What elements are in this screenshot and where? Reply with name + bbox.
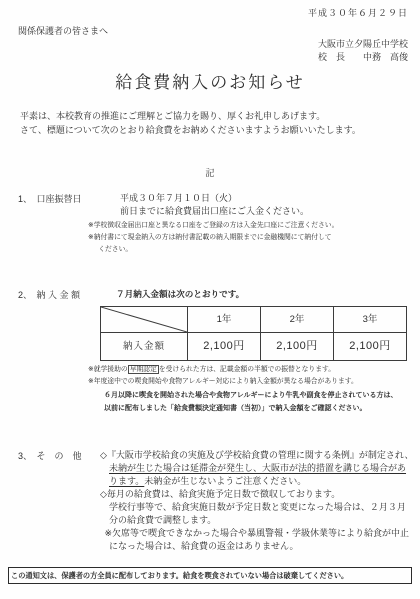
section3-heading: 3、 そ の 他: [18, 449, 82, 462]
document-date: 平成３０年６月２９日: [308, 6, 408, 19]
other-bullet-monthly: ◇毎月の給食費は、給食実施予定日数で徴収しております。: [100, 488, 414, 501]
early-certification-box: 早期認定: [128, 365, 159, 374]
other-bullet-monthly-cont: 学校行事等で、給食実施日数が予定日数と変更になった場合は、２月３月分の給食費で調…: [100, 501, 414, 527]
grade-2-header: 2年: [261, 307, 334, 333]
july-amount-intro: ７月納入金額は次のとおりです。: [88, 288, 414, 301]
greeting-line-1: 平素は、本校教育の推進にご理解とご協力を賜り、厚くお礼申しあげます。: [20, 109, 412, 123]
section1-heading: 1、 口座振替日: [18, 192, 82, 205]
ki-marker: 記: [0, 166, 420, 179]
transfer-instruction: 前日までに給食費届出口座にご入金ください。: [88, 205, 414, 218]
fee-table-value-row: 納入金額 2,100円 2,100円 2,100円: [101, 333, 407, 361]
principal-name: 校 長 中務 高俊: [318, 51, 408, 64]
section1-note-2: ※納付書にて現金納入の方は納付書記載の納入期限までに金融機関にて納付して: [88, 232, 414, 244]
grade-3-amount: 2,100円: [334, 333, 407, 361]
section-other: 3、 そ の 他 ◇『大阪市学校給食の実施及び学校給食費の管理に関する条例』が制…: [18, 449, 414, 553]
grade-3-header: 3年: [334, 307, 407, 333]
no-refund-note: ※欠席等で喫食できなかった場合や暴風警報・学級休業等により給食が中止になった場合…: [100, 527, 414, 553]
section-transfer-date: 1、 口座振替日 平成３０年７月１０日（火） 前日までに給食費届出口座にご入金く…: [18, 192, 414, 256]
transfer-date-value: 平成３０年７月１０日（火）: [88, 192, 414, 205]
grade-1-header: 1年: [188, 307, 261, 333]
notice-document: 平成３０年６月２９日 関係保護者の皆さまへ 大阪市立夕陽丘中学校 校 長 中務 …: [0, 0, 420, 599]
school-name: 大阪市立夕陽丘中学校: [318, 38, 408, 51]
diagonal-line: [101, 307, 187, 332]
allergy-bold-note-2: 以前に配布しました「給食費額決定通知書（当初）」で納入金額をご確認ください。: [104, 403, 414, 416]
table-corner-cell: [101, 307, 188, 333]
section-payment-amount: 2、 納 入 金 額 ７月納入金額は次のとおりです。 1年 2年 3年 納入金額: [18, 288, 414, 415]
fee-table-header-row: 1年 2年 3年: [101, 307, 407, 333]
section2-heading: 2、 納 入 金 額: [18, 288, 80, 301]
section2-note-2: ※年度途中での喫食開始や食物アレルギー対応により納入金額が異なる場合があります。: [88, 376, 414, 388]
recipient-line: 関係保護者の皆さまへ: [18, 24, 108, 37]
fee-table: 1年 2年 3年 納入金額 2,100円 2,100円 2,100円: [100, 306, 407, 361]
greeting-paragraph: 平素は、本校教育の推進にご理解とご協力を賜り、厚くお礼申しあげます。 さて、標題…: [20, 109, 412, 137]
greeting-line-2: さて、標題について次のとおり給食費をお納めくださいますようお願いいたします。: [20, 123, 412, 137]
grade-1-amount: 2,100円: [188, 333, 261, 361]
allergy-bold-note-1: ６月以降に喫食を開始された場合や食物アレルギーにより牛乳や副食を停止されている方…: [104, 390, 414, 403]
amount-row-label: 納入金額: [101, 333, 188, 361]
sender-block: 大阪市立夕陽丘中学校 校 長 中務 高俊: [318, 38, 408, 64]
grade-2-amount: 2,100円: [261, 333, 334, 361]
footer-notice-box: この通知文は、保護者の方全員に配布しております。給食を喫食されていない場合は破棄…: [8, 567, 412, 584]
document-title: 給食費納入のお知らせ: [0, 68, 420, 93]
other-bullet-ordinance: ◇『大阪市学校給食の実施及び学校給食費の管理に関する条例』が制定され、未納が生じ…: [100, 449, 414, 488]
section1-note-1: ※学校徴収金届出口座と異なる口座をご登録の方は入金先口座にご注意ください。: [88, 220, 414, 232]
section1-note-2-cont: ください。: [88, 244, 414, 256]
section2-note-1: ※就学援助の早期認定を受けられた方は、記載金額の半額での振替となります。: [88, 364, 414, 376]
